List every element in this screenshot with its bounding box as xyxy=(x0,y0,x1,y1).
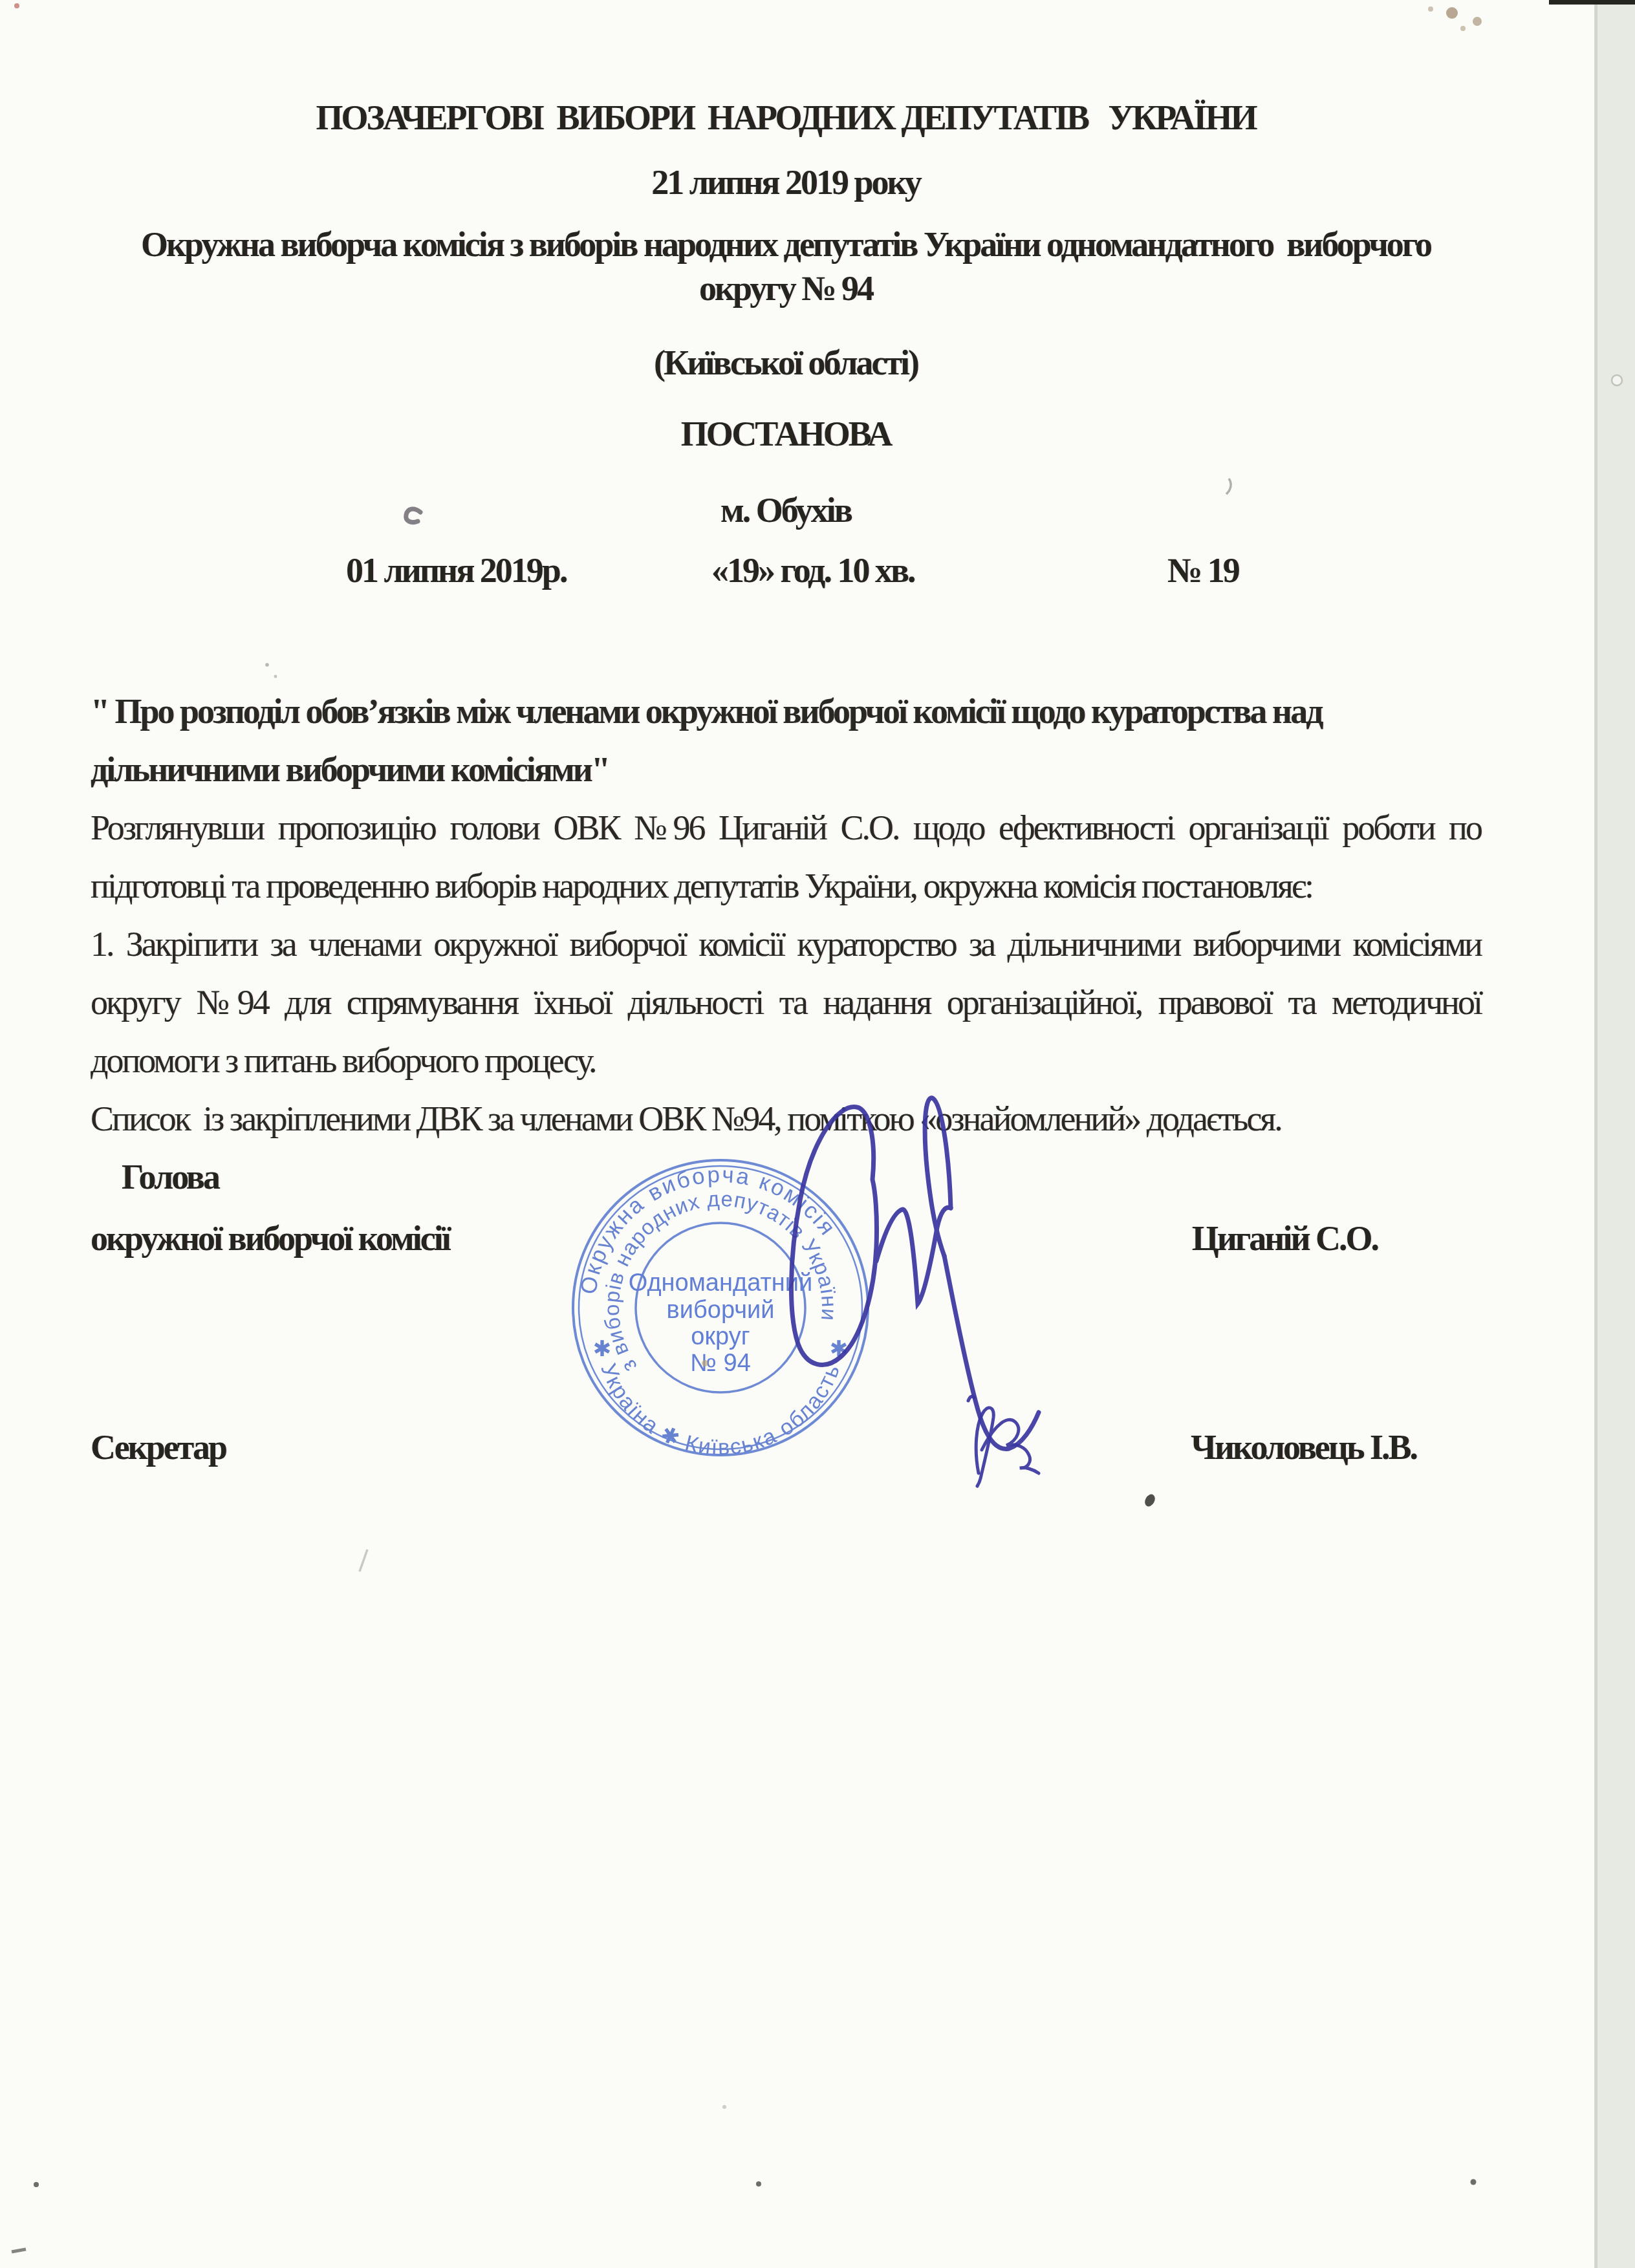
bottom-speck xyxy=(1471,2179,1477,2185)
doc-type-heading: ПОСТАНОВА xyxy=(91,413,1481,455)
scanner-corner-shadow xyxy=(1549,0,1635,5)
dust-speck xyxy=(722,2105,726,2109)
paper-edge-line xyxy=(1594,0,1597,2268)
resolution-point-1: 1. Закріпити за членами окружної виборчо… xyxy=(91,915,1481,1090)
subject-line: " Про розподіл обов’язків між членами ок… xyxy=(91,682,1481,740)
pencil-slash-mark xyxy=(360,1550,367,1571)
subject-paragraph: " Про розподіл обов’язків між членами ок… xyxy=(91,682,1481,799)
city-line: м. Обухів xyxy=(91,490,1481,531)
meta-date: 01 липня 2019р. xyxy=(346,550,566,591)
secretary-name: Чиколовець І.В. xyxy=(1191,1418,1416,1476)
body-line: 1. Закріпити за членами окружної виборчо… xyxy=(91,915,1481,973)
stamp-center-speck xyxy=(702,1360,708,1366)
bottom-speck xyxy=(756,2181,761,2187)
round-stamp: Окружна виборча комісія з виборів народн… xyxy=(552,1139,889,1476)
document-title: ПОЗАЧЕРГОВІ ВИБОРИ НАРОДНИХ ДЕПУТАТІВ УК… xyxy=(91,97,1481,138)
body-line: Розглянувши пропозицію голови ОВК №96 Ци… xyxy=(91,799,1481,857)
scanned-document-page: ПОЗАЧЕРГОВІ ВИБОРИ НАРОДНИХ ДЕПУТАТІВ УК… xyxy=(0,0,1635,2268)
stamp-star-right-icon: ✱ xyxy=(830,1337,849,1361)
dark-speck xyxy=(1143,1493,1157,1508)
document-body: " Про розподіл обов’язків між членами ок… xyxy=(91,682,1481,1148)
bottom-left-dash xyxy=(12,2249,26,2252)
scanner-background-strip xyxy=(1595,0,1635,2268)
stamp-star-left-icon: ✱ xyxy=(593,1337,612,1361)
region-line: (Київської області) xyxy=(91,342,1481,383)
commission-name: Окружна виборча комісія з виборів народн… xyxy=(91,222,1481,310)
election-date-line: 21 липня 2019 року xyxy=(91,162,1481,203)
body-line: підготовці та проведенню виборів народни… xyxy=(91,857,1481,915)
stamp-center-line1: Одномандатний xyxy=(629,1269,813,1297)
head-name: Циганій С.О. xyxy=(1192,1209,1378,1268)
subject-line: дільничними виборчими комісіями" xyxy=(91,740,1481,799)
meta-row: 01 липня 2019р. «19» год. 10 хв. № 19 xyxy=(91,550,1481,591)
head-role-line2: окружної виборчої комісії xyxy=(91,1209,449,1268)
body-line: округу №94 для спрямування їхньої діяльн… xyxy=(91,973,1481,1031)
red-speck xyxy=(14,3,19,8)
stamp-center-line3: округ xyxy=(691,1323,750,1350)
commission-name-line1: Окружна виборча комісія з виборів народн… xyxy=(91,222,1481,266)
preamble-paragraph: Розглянувши пропозицію голови ОВК №96 Ци… xyxy=(91,799,1481,915)
commission-name-line2: округу № 94 xyxy=(91,266,1481,310)
meta-number: № 19 xyxy=(1167,550,1239,591)
bottom-speck xyxy=(34,2182,39,2187)
stamp-center-line4: № 94 xyxy=(690,1350,751,1377)
stamp-center-line2: виборчий xyxy=(667,1297,775,1324)
meta-time: «19» год. 10 хв. xyxy=(711,550,915,591)
secretary-role: Секретар xyxy=(91,1418,226,1476)
body-line: допомоги з питань виборчого процесу. xyxy=(91,1031,1481,1090)
